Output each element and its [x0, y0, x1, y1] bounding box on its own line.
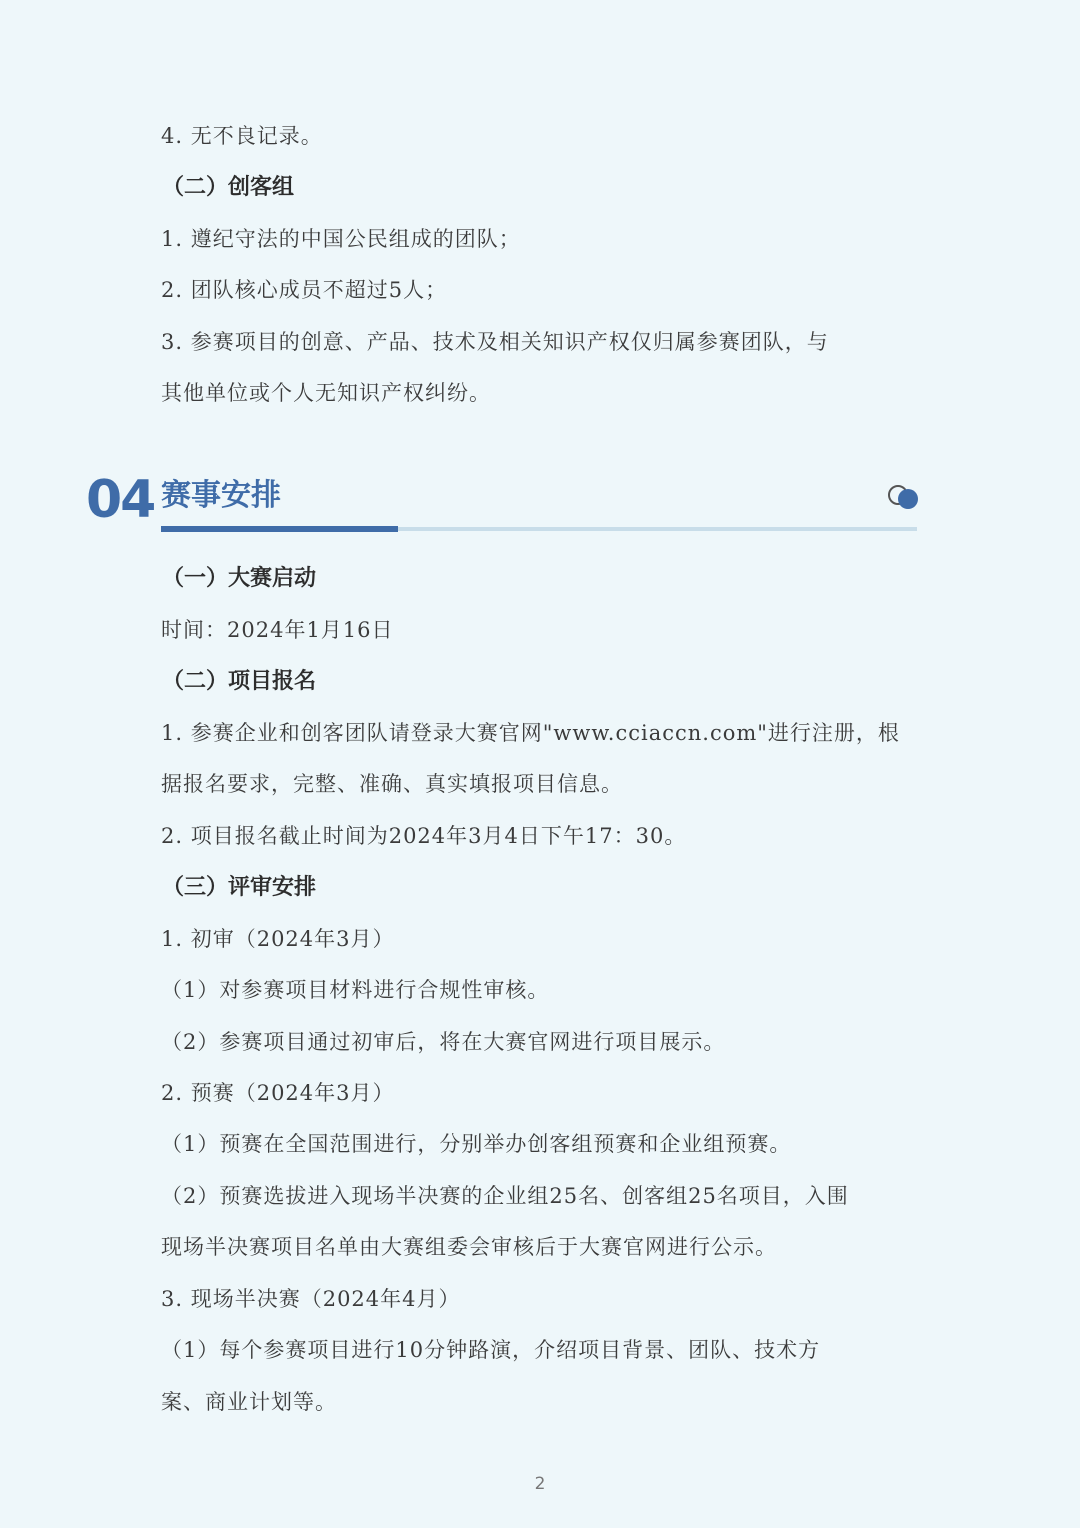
maker-item-2: 2. 团队核心成员不超过5人；: [161, 276, 447, 304]
section-underline-accent: [161, 526, 398, 532]
review-line: （2）参赛项目通过初审后，将在大赛官网进行项目展示。: [161, 1028, 725, 1056]
review-line: 3. 现场半决赛（2024年4月）: [161, 1285, 461, 1313]
review-line: 1. 初审（2024年3月）: [161, 925, 395, 953]
subsection-heading-review: （三）评审安排: [162, 874, 316, 902]
review-line: 案、商业计划等。: [161, 1388, 337, 1416]
registration-line-1-cont: 据报名要求，完整、准确、真实填报项目信息。: [161, 770, 623, 798]
subsection-heading-maker-group: （二）创客组: [162, 174, 294, 202]
maker-item-3-cont: 其他单位或个人无知识产权纠纷。: [161, 379, 491, 407]
document-page: 4. 无不良记录。 （二）创客组 1. 遵纪守法的中国公民组成的团队； 2. 团…: [0, 0, 1080, 1528]
review-line: （1）对参赛项目材料进行合规性审核。: [161, 976, 549, 1004]
section-number: 04: [86, 470, 154, 530]
maker-item-3: 3. 参赛项目的创意、产品、技术及相关知识产权仅归属参赛团队，与: [161, 328, 829, 356]
review-line: 现场半决赛项目名单由大赛组委会审核后于大赛官网进行公示。: [161, 1233, 777, 1261]
subsection-heading-launch: （一）大赛启动: [162, 565, 316, 593]
review-line: （2）预赛选拔进入现场半决赛的企业组25名、创客组25名项目，入围: [161, 1182, 849, 1210]
dot-icon: [898, 489, 918, 509]
review-line: 2. 预赛（2024年3月）: [161, 1079, 395, 1107]
launch-time: 时间：2024年1月16日: [161, 616, 394, 644]
circles-decoration-icon: [888, 485, 920, 513]
review-line: （1）预赛在全国范围进行，分别举办创客组预赛和企业组预赛。: [161, 1130, 791, 1158]
section-header-04: 04 赛事安排: [86, 470, 926, 540]
page-number: 2: [0, 1474, 1080, 1494]
eligibility-item-4: 4. 无不良记录。: [161, 122, 323, 150]
registration-line-1: 1. 参赛企业和创客团队请登录大赛官网"www.cciaccn.com"进行注册…: [161, 719, 900, 747]
section-title: 赛事安排: [161, 476, 281, 516]
review-line: （1）每个参赛项目进行10分钟路演，介绍项目背景、团队、技术方: [161, 1336, 820, 1364]
subsection-heading-registration: （二）项目报名: [162, 668, 316, 696]
registration-line-2: 2. 项目报名截止时间为2024年3月4日下午17：30。: [161, 822, 686, 850]
maker-item-1: 1. 遵纪守法的中国公民组成的团队；: [161, 225, 521, 253]
